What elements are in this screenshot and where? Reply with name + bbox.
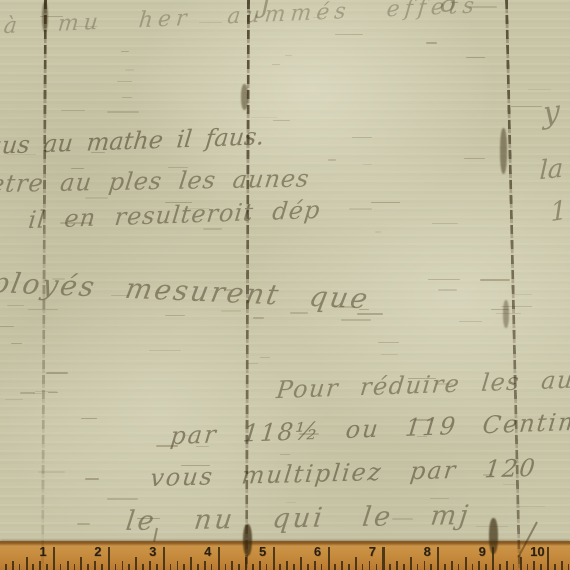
ruler-number: 9 (475, 544, 489, 559)
ruler-tick (348, 564, 350, 570)
ruler-tick (218, 547, 220, 570)
ruler-tick (177, 561, 179, 570)
texture-dash (464, 158, 486, 159)
texture-dash (349, 208, 373, 210)
ruler-tick (5, 564, 7, 570)
ruler-tick (341, 561, 343, 570)
ruler-tick (286, 561, 288, 570)
ruler-tick (266, 564, 268, 570)
ruler-tick (444, 564, 446, 570)
ruler-tick (307, 564, 309, 570)
ink-blot (500, 128, 507, 174)
texture-dash (85, 197, 108, 199)
texture-dash (466, 57, 485, 58)
texture-dash (514, 294, 532, 295)
ruler-number: 3 (146, 544, 160, 559)
texture-dash (511, 106, 542, 107)
texture-dash (290, 312, 308, 314)
texture-dash (285, 55, 292, 56)
ruler-tick (211, 564, 213, 570)
ruler-tick (417, 564, 419, 570)
texture-dash (122, 97, 132, 98)
texture-dash (381, 354, 399, 355)
script-fragment: y (543, 94, 560, 132)
ruler-tick (197, 564, 199, 570)
ruler-number: 2 (91, 544, 105, 559)
texture-dash (363, 164, 372, 165)
texture-dash (158, 292, 169, 293)
texture-dash (0, 326, 13, 327)
texture-dash (168, 167, 188, 168)
texture-dash (226, 289, 232, 291)
ruler-tick (259, 561, 261, 570)
texture-dash (52, 278, 65, 280)
texture-dash (60, 222, 92, 224)
texture-dash (203, 228, 222, 230)
ruler-tick (382, 547, 384, 570)
ruler-tick (396, 561, 398, 570)
texture-dash (392, 518, 414, 520)
texture-dash (352, 137, 372, 138)
script-line: ployés mesurent que (0, 266, 373, 315)
ruler-tick (163, 547, 165, 570)
script-fragment: j (261, 0, 271, 19)
ruler-tick (568, 564, 570, 570)
ink-blot (243, 524, 252, 556)
ruler-tick (32, 564, 34, 570)
texture-dash (117, 81, 131, 82)
script-fragment: 1 (550, 195, 567, 228)
ruler-tick (190, 557, 192, 570)
ruler-tick (389, 564, 391, 570)
ruler-number: 4 (201, 544, 215, 559)
ruler-tick (561, 561, 563, 570)
ruler-tick (53, 547, 55, 570)
texture-dash (91, 152, 105, 153)
ink-blot (489, 518, 498, 554)
texture-dash (273, 120, 289, 121)
ruler-tick (506, 561, 508, 570)
fabric-swatch-photo: à mu her aummés effetsuus au mathe il fa… (0, 0, 570, 570)
ruler-tick (458, 564, 460, 570)
script-line: vous multipliez par 120 (149, 454, 538, 492)
ruler-tick (465, 557, 467, 570)
texture-dash (196, 446, 209, 447)
script-fragment: 8 (440, 0, 458, 19)
ruler-tick (424, 561, 426, 570)
ink-blot (503, 300, 509, 328)
ruler-tick (225, 564, 227, 570)
texture-dash (299, 433, 318, 435)
texture-dash (432, 223, 458, 224)
texture-dash (483, 474, 494, 476)
texture-dash (5, 399, 22, 400)
texture-dash (335, 34, 363, 35)
texture-dash (75, 26, 98, 27)
texture-dash (107, 498, 138, 500)
texture-dash (156, 445, 177, 447)
texture-dash (61, 110, 85, 111)
ruler-tick (279, 564, 281, 570)
ruler-tick (540, 564, 542, 570)
texture-dash (48, 392, 58, 393)
texture-dash (125, 69, 134, 71)
texture-dash (375, 231, 382, 233)
texture-dash (165, 315, 185, 316)
ruler-tick (485, 564, 487, 570)
texture-dash (11, 343, 22, 344)
texture-dash (248, 363, 259, 364)
ruler-tick (135, 557, 137, 570)
script-fragment: la (539, 154, 564, 187)
script-line: le nu qui le mj (124, 500, 472, 537)
texture-dash (272, 64, 280, 65)
texture-dash (121, 51, 129, 52)
script-line: uus au mathe il faus. (0, 122, 266, 160)
ruler-tick (293, 564, 295, 570)
ruler-tick (430, 564, 432, 570)
texture-dash (459, 321, 482, 322)
ruler-tick (19, 564, 21, 570)
ruler-tick (183, 564, 185, 570)
texture-dash (253, 317, 264, 319)
scratch-mark (153, 528, 158, 542)
ruler-tick (451, 561, 453, 570)
texture-dash (469, 6, 497, 8)
ruler-tick (252, 564, 254, 570)
ruler-tick (87, 564, 89, 570)
ruler-tick (94, 561, 96, 570)
texture-dash (71, 168, 84, 169)
texture-dash (408, 378, 436, 379)
ruler-tick (142, 564, 144, 570)
ruler-tick (122, 561, 124, 570)
texture-dash (357, 313, 383, 315)
texture-dash (334, 306, 354, 308)
texture-dash (516, 506, 545, 507)
texture-dash (480, 279, 510, 281)
ruler-tick (231, 561, 233, 570)
ruler-tick (300, 557, 302, 570)
ruler-tick (74, 564, 76, 570)
ruler-tick (204, 561, 206, 570)
ruler-tick (499, 564, 501, 570)
texture-dash (378, 342, 399, 343)
texture-dash (85, 478, 100, 480)
ruler-tick (334, 564, 336, 570)
ruler-tick (554, 564, 556, 570)
script-line: etre au ples les aunes (0, 164, 311, 198)
ruler-tick (321, 564, 323, 570)
texture-dash (107, 111, 139, 113)
ruler: 12345678910 (0, 541, 570, 570)
ruler-tick (128, 564, 130, 570)
ink-blot (42, 2, 48, 32)
texture-dash (149, 350, 181, 351)
ruler-tick (547, 547, 549, 570)
script-line: Pour réduire les au (275, 366, 570, 405)
texture-dash (7, 305, 24, 306)
texture-dash (251, 117, 277, 118)
texture-dash (415, 419, 434, 421)
ruler-tick (410, 557, 412, 570)
texture-dash (341, 319, 371, 321)
texture-dash (528, 89, 551, 90)
script-line: par 118½ ou 119 Centimèt (169, 407, 570, 450)
ruler-tick (115, 564, 117, 570)
ruler-tick (314, 561, 316, 570)
ruler-tick (238, 564, 240, 570)
ruler-tick (273, 547, 275, 570)
texture-dash (417, 436, 427, 437)
texture-dash (181, 465, 211, 466)
ruler-number: 10 (530, 544, 544, 559)
ruler-tick (26, 557, 28, 570)
texture-dash (199, 22, 223, 23)
ruler-tick (60, 564, 62, 570)
texture-dash (371, 202, 400, 203)
ruler-tick (513, 564, 515, 570)
ink-blot (241, 84, 248, 110)
ruler-number: 7 (365, 544, 379, 559)
ruler-tick (46, 564, 48, 570)
texture-dash (359, 309, 369, 310)
ruler-tick (355, 557, 357, 570)
texture-dash (313, 17, 322, 18)
texture-dash (33, 393, 42, 394)
ruler-tick (328, 547, 330, 570)
texture-dash (77, 523, 90, 525)
ruler-tick (527, 564, 529, 570)
ruler-tick (80, 557, 82, 570)
texture-dash (503, 484, 515, 485)
ruler-tick (376, 564, 378, 570)
ruler-tick (12, 561, 14, 570)
texture-dash (280, 454, 289, 455)
ruler-tick (149, 561, 151, 570)
ruler-number: 8 (420, 544, 434, 559)
ruler-tick (67, 561, 69, 570)
seam-line (41, 0, 47, 570)
texture-dash (430, 498, 449, 499)
texture-dash (165, 202, 192, 203)
ruler-tick (533, 561, 535, 570)
texture-dash (260, 357, 269, 358)
texture-dash (438, 289, 457, 291)
texture-dash (286, 502, 297, 503)
texture-dash (221, 310, 242, 312)
texture-dash (81, 418, 96, 419)
ruler-tick (403, 564, 405, 570)
texture-dash (137, 518, 161, 519)
texture-dash (428, 279, 460, 280)
ruler-tick (369, 561, 371, 570)
texture-dash (185, 435, 199, 436)
ruler-tick (156, 564, 158, 570)
ruler-tick (478, 561, 480, 570)
texture-dash (7, 154, 36, 155)
texture-dash (328, 159, 337, 161)
ruler-tick (108, 547, 110, 570)
texture-dash (184, 208, 210, 209)
ruler-number: 5 (256, 544, 270, 559)
texture-dash (46, 372, 68, 374)
texture-dash (111, 295, 129, 296)
ruler-tick (101, 564, 103, 570)
ruler-number: 6 (311, 544, 325, 559)
script-line: à mu her aummés effets (3, 0, 481, 39)
ruler-tick (362, 564, 364, 570)
ruler-tick (472, 564, 474, 570)
texture-dash (426, 42, 437, 44)
ruler-tick (170, 564, 172, 570)
ruler-tick (437, 547, 439, 570)
texture-dash (436, 383, 453, 385)
